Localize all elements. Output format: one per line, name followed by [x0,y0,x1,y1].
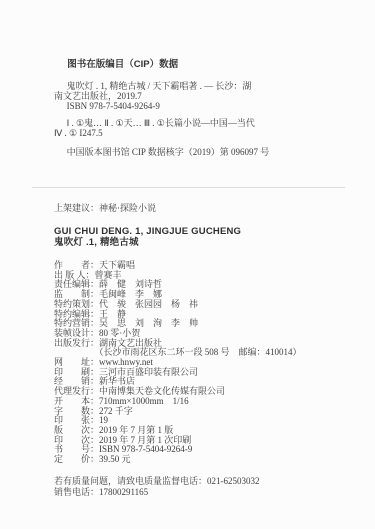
credit-label: 出版发行： [54,339,99,349]
cip-isbn-line: ISBN 978-7-5404-9264-9 [54,101,347,111]
credit-row: 定 价：39.50 元 [54,455,347,465]
sales-phone-line: 销售电话：17800291165 [54,487,347,499]
book-title-pinyin: GUI CHUI DENG. 1, JINGJUE GUCHENG [54,226,347,237]
credit-value: 19 [99,415,108,425]
cip-description: 鬼吹灯 . 1, 精绝古城 / 天下霸唱著 . — 长沙：湖 南文艺出版社，20… [54,81,347,101]
section-divider [32,187,345,188]
credit-value: 吴 思 刘 洵 李 帅 [99,318,198,328]
credit-value: www.hnwy.net [99,357,153,367]
quality-notice: 若有质量问题，请致电质量监督电话：021-62503032 销售电话：17800… [54,476,347,499]
credits-list: 作 者：天下霸唱 出 版 人：曾赛丰 责任编辑：薛 健 刘诗哲 监 制：毛闽峰 … [54,261,347,465]
book-title-chinese: 鬼吹灯 .1, 精绝古城 [54,237,347,248]
credit-value: 代 骏 张园园 杨 祎 [99,299,198,309]
credit-value: 710mm×1000mm 1/16 [99,396,189,406]
credit-value: 新华书店 [99,376,135,386]
credit-row: 出版发行：湖南文艺出版社 （长沙市雨花区东二环一段 508 号 邮编：41001… [54,339,347,358]
cip-record-line: 中国版本图书馆 CIP 数据核字（2019）第 096097 号 [54,147,347,157]
credit-value: 毛闽峰 李 娜 [99,289,162,299]
cip-description-line: 南文艺出版社，2019.7 [54,91,347,101]
credit-value: 中南博集天卷文化传媒有限公司 [99,386,225,396]
credit-value: 80 零·小贺 [99,328,140,338]
cip-isbn: ISBN 978-7-5404-9264-9 [54,101,347,111]
cip-classification-line: Ⅳ . ① I247.5 [54,128,347,138]
credit-value: 薛 健 刘诗哲 [99,279,162,289]
credit-value: 2019 年 7 月第 1 版 [99,425,173,435]
copyright-page: 图书在版编目（CIP）数据 鬼吹灯 . 1, 精绝古城 / 天下霸唱著 . — … [0,0,375,529]
cip-header: 图书在版编目（CIP）数据 [67,56,347,70]
cip-classification-line: Ⅰ . ①鬼… Ⅱ . ①天… Ⅲ . ①长篇小说—中国—当代 [54,118,347,128]
credit-value: 39.50 元 [99,454,131,464]
credit-value: 天下霸唱 [99,260,135,270]
cip-classification: Ⅰ . ①鬼… Ⅱ . ①天… Ⅲ . ①长篇小说—中国—当代 Ⅳ . ① I2… [54,118,347,138]
cip-record-number: 中国版本图书馆 CIP 数据核字（2019）第 096097 号 [54,147,347,157]
title-block: GUI CHUI DENG. 1, JINGJUE GUCHENG 鬼吹灯 .1… [54,226,347,248]
credit-value: ISBN 978-7-5404-9264-9 [99,444,192,454]
cip-section: 图书在版编目（CIP）数据 鬼吹灯 . 1, 精绝古城 / 天下霸唱著 . — … [54,56,347,157]
shelving-suggestion: 上架建议：神秘·探险小说 [54,201,347,214]
cip-description-line: 鬼吹灯 . 1, 精绝古城 / 天下霸唱著 . — 长沙：湖 [54,81,347,91]
credit-label: 定 价： [54,455,99,465]
quality-hotline-line: 若有质量问题，请致电质量监督电话：021-62503032 [54,476,347,488]
